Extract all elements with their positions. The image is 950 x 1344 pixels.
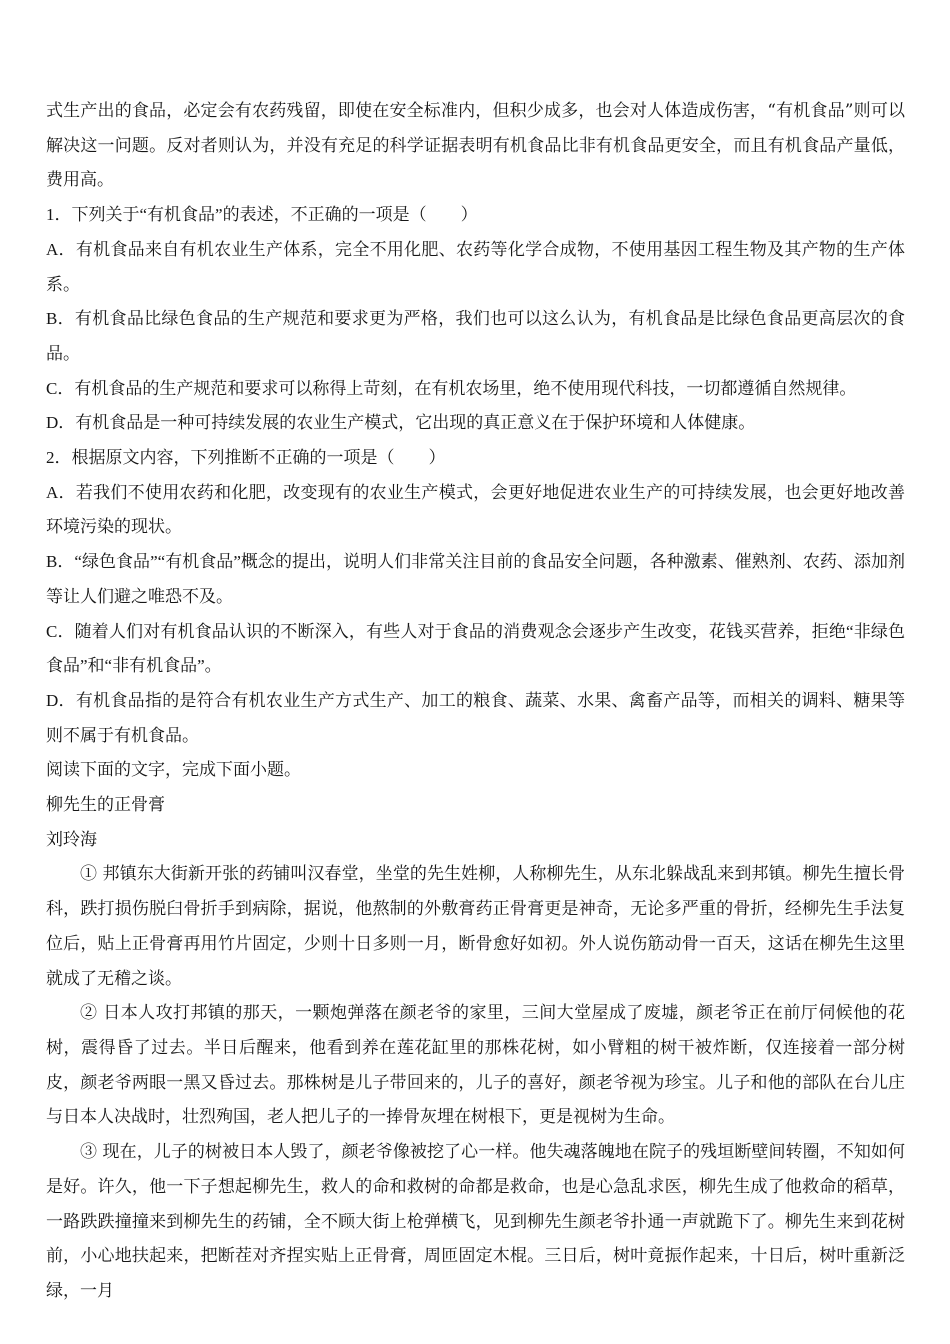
passage-author: 刘玲海: [46, 823, 905, 858]
passage-paragraph-1: ① 邦镇东大街新开张的药铺叫汉春堂，坐堂的先生姓柳，人称柳先生，从东北躲战乱来到…: [46, 857, 905, 996]
passage-title: 柳先生的正骨膏: [46, 788, 905, 823]
question-1-option-c: C．有机食品的生产规范和要求可以称得上苛刻，在有机农场里，绝不使用现代科技，一切…: [46, 372, 905, 407]
question-1-option-d: D．有机食品是一种可持续发展的农业生产模式，它出现的真正意义在于保护环境和人体健…: [46, 406, 905, 441]
question-1-option-a: A．有机食品来自有机农业生产体系，完全不用化肥、农药等化学合成物，不使用基因工程…: [46, 233, 905, 302]
question-2-option-b: B．“绿色食品”“有机食品”概念的提出，说明人们非常关注目前的食品安全问题，各种…: [46, 545, 905, 614]
question-2-option-d: D．有机食品指的是符合有机农业生产方式生产、加工的粮食、蔬菜、水果、禽畜产品等，…: [46, 684, 905, 753]
intro-continuation-paragraph: 式生产出的食品，必定会有农药残留，即使在安全标准内，但积少成多，也会对人体造成伤…: [46, 94, 905, 198]
reading-instruction: 阅读下面的文字，完成下面小题。: [46, 753, 905, 788]
passage-paragraph-2: ② 日本人攻打邦镇的那天，一颗炮弹落在颜老爷的家里，三间大堂屋成了废墟，颜老爷正…: [46, 996, 905, 1135]
question-1-option-b: B．有机食品比绿色食品的生产规范和要求更为严格，我们也可以这么认为，有机食品是比…: [46, 302, 905, 371]
document-page: 式生产出的食品，必定会有农药残留，即使在安全标准内，但积少成多，也会对人体造成伤…: [0, 0, 950, 1344]
question-2-option-c: C．随着人们对有机食品认识的不断深入，有些人对于食品的消费观念会逐步产生改变，花…: [46, 615, 905, 684]
question-2-stem: 2．根据原文内容，下列推断不正确的一项是（ ）: [46, 441, 905, 476]
question-1-stem: 1．下列关于“有机食品”的表述，不正确的一项是（ ）: [46, 198, 905, 233]
passage-paragraph-3: ③ 现在，儿子的树被日本人毁了，颜老爷像被挖了心一样。他失魂落魄地在院子的残垣断…: [46, 1135, 905, 1309]
question-2-option-a: A．若我们不使用农药和化肥，改变现有的农业生产模式，会更好地促进农业生产的可持续…: [46, 476, 905, 545]
